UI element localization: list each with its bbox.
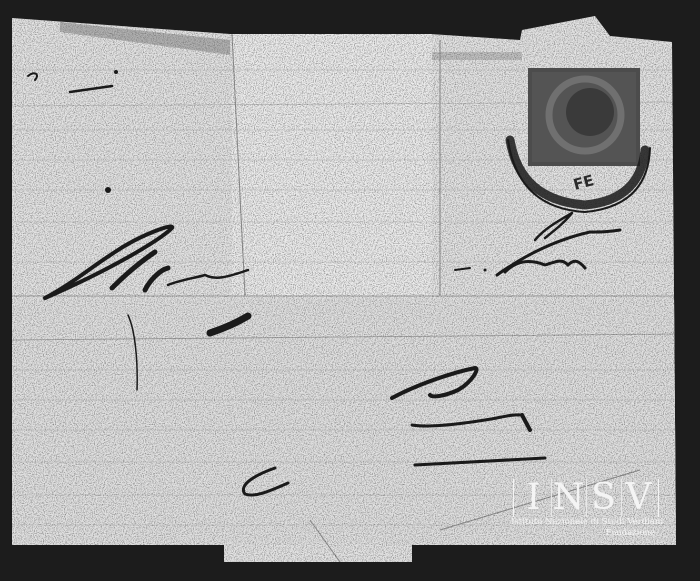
watermark-institution-name: Istituto Nazionale di Studi Verdiani (511, 517, 659, 528)
watermark-logo: I N S V (513, 479, 659, 517)
watermark-letter: N (552, 479, 587, 517)
institution-watermark: I N S V Istituto Nazionale di Studi Verd… (513, 479, 659, 541)
watermark-letter: V (622, 479, 656, 517)
postage-stamp-icon (528, 68, 640, 166)
watermark-letter: I (517, 479, 552, 517)
watermark-subtitle: Fondazione (513, 528, 659, 538)
watermark-letter: S (587, 479, 622, 517)
